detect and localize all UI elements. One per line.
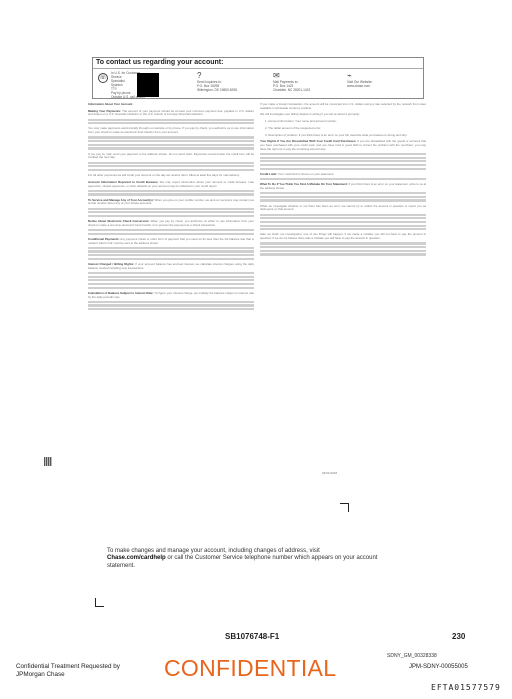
contact-title: To contact us regarding your account: (96, 59, 223, 66)
redaction-block (137, 92, 159, 97)
page-number: 230 (452, 632, 465, 641)
section: Calculation of Balance Subject to Intere… (88, 292, 254, 310)
payments-address: Charlotte, NC 28201-1423 (273, 88, 333, 92)
section: Conditional Payments: Any payment check … (88, 238, 254, 260)
section: If you make a foreign transaction, the a… (260, 103, 426, 110)
section: Making Your Payments: The amount of your… (88, 110, 254, 125)
contact-box: To contact us regarding your account: ☏ … (92, 57, 424, 99)
crop-mark-icon (340, 503, 349, 512)
statement-page: To contact us regarding your account: ☏ … (0, 0, 512, 699)
section: Your Rights If You Are Dissatisfied With… (260, 140, 426, 170)
inquiries-column: ? Send Inquiries to: P.O. Box 15298 Wilm… (197, 71, 257, 92)
section: Interest Charged / Billing Rights: If yo… (88, 263, 254, 289)
confidential-treatment-note: Confidential Treatment Requested by JPMo… (16, 663, 120, 679)
website-column: ⌁ Visit Our Website: www.chase.com (347, 71, 407, 88)
section: Account Information Reported to Credit B… (88, 181, 254, 196)
section: 3. Description of problem: If you think … (260, 134, 426, 138)
section: If you pay by mail, send your payment to… (88, 153, 254, 171)
divider (93, 68, 423, 69)
mouse-icon: ⌁ (347, 71, 407, 80)
section-heading: Information About Your Account (88, 102, 132, 106)
redaction-block (137, 73, 159, 92)
crop-mark-icon (95, 598, 104, 607)
section: After we finish our investigation, one o… (260, 233, 426, 255)
section: For all other payments we will credit yo… (88, 174, 254, 178)
section: 2. The dollar amount of the suspected er… (260, 127, 426, 131)
barcode-icon (44, 457, 52, 466)
cardhelp-link[interactable]: Chase.com/cardhelp (107, 555, 166, 561)
bates-number: SDNY_GM_00328338 (387, 653, 437, 659)
section: Credit Limit: Your credit limit is shown… (260, 173, 426, 180)
section: To Service and Manage Any of Your Accoun… (88, 199, 254, 217)
footer-message: To make changes and manage your account,… (107, 548, 387, 570)
bates-number: JPM-SDNY-00055005 (409, 664, 468, 670)
section: While we investigate whether or not ther… (260, 205, 426, 231)
date-stamp: 04/01/2018 (322, 471, 337, 475)
left-text-column: Information About Your Account Making Yo… (88, 103, 254, 313)
section: Notice About Electronic Check Conversion… (88, 220, 254, 235)
section: 1. Account information: Your name and ac… (260, 120, 426, 124)
section: What To Do If You Think You Find A Mista… (260, 183, 426, 201)
phone-icon: ☏ (98, 73, 108, 83)
right-text-column: If you make a foreign transaction, the a… (260, 103, 426, 259)
website-link[interactable]: www.chase.com (347, 84, 407, 88)
question-icon: ? (197, 71, 257, 80)
inquiries-address: Wilmington, DE 19850-5298 (197, 88, 257, 92)
bates-number: EFTA01577579 (431, 683, 501, 692)
section: We will investigate your billing dispute… (260, 113, 426, 117)
document-id: SB1076748-F1 (225, 632, 279, 641)
confidential-stamp: CONFIDENTIAL (164, 655, 336, 682)
section: You may make payments electronically thr… (88, 127, 254, 149)
payments-column: ✉ Mail Payments to: P.O. Box 1423 Charlo… (273, 71, 333, 92)
envelope-icon: ✉ (273, 71, 333, 80)
